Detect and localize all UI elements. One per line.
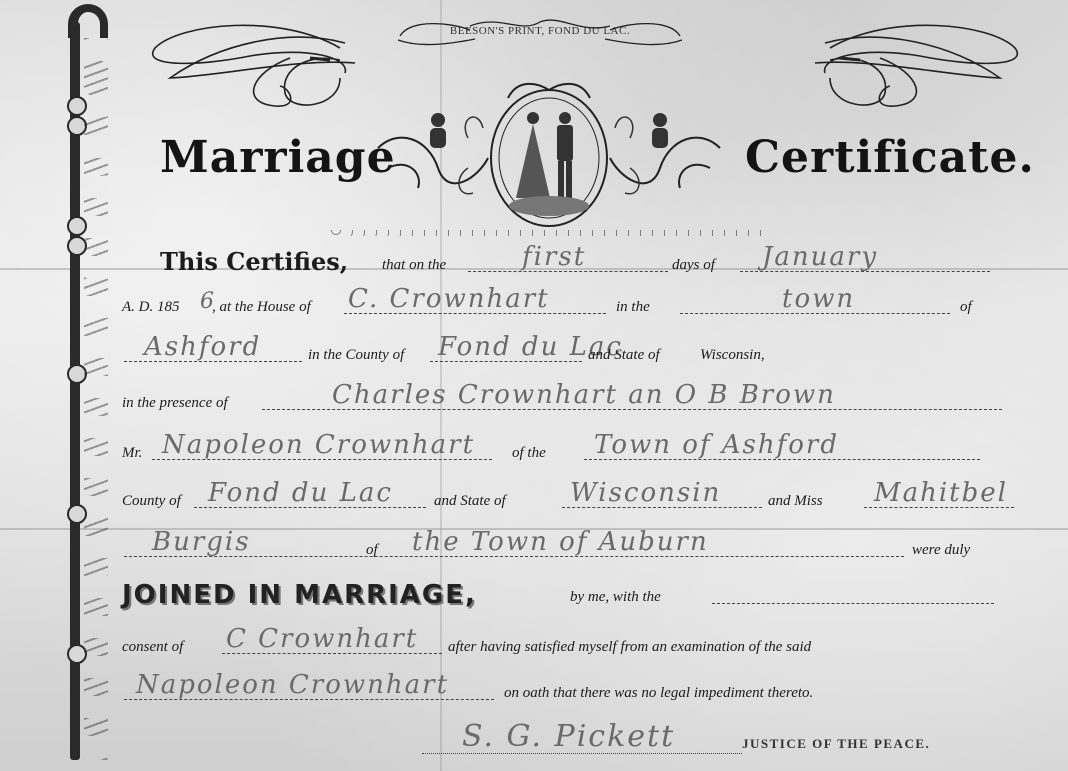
certificate-line-6: County of Fond du Lac and State of Wisco… <box>122 476 1018 516</box>
handwritten-day: first <box>522 242 586 272</box>
printed-text: in the County of <box>308 347 404 364</box>
handwritten-town-name: Ashford <box>144 332 261 362</box>
certificate-line-1: This Certifies, that on the first days o… <box>122 240 1018 280</box>
printed-text: in the presence of <box>122 395 228 412</box>
printed-text: consent of <box>122 639 183 656</box>
certificate-line-10: Napoleon Crownhart on oath that there wa… <box>122 668 1018 708</box>
marriage-certificate: BEESON'S PRINT, FOND DU LAC. Marriage Ce… <box>0 0 1068 771</box>
handwritten-groom-county: Fond du Lac <box>208 478 393 508</box>
certificate-line-3: Ashford in the County of Fond du Lac and… <box>122 330 1018 370</box>
printer-imprint: BEESON'S PRINT, FOND DU LAC. <box>390 14 690 48</box>
handwritten-witnesses: Charles Crownhart an O B Brown <box>332 380 836 410</box>
handwritten-consent-giver: C Crownhart <box>226 624 418 654</box>
handwritten-house-owner: C. Crownhart <box>348 284 550 314</box>
handwritten-officiant-signature: S. G. Pickett <box>462 719 675 754</box>
printed-text: of <box>366 542 378 559</box>
ornamental-border <box>66 4 112 764</box>
printed-text: of <box>960 299 972 316</box>
certificate-line-9: consent of C Crownhart after having sati… <box>122 622 1018 662</box>
handwritten-town: town <box>782 284 855 314</box>
printed-text: by me, with the <box>570 589 661 606</box>
certificate-line-2: A. D. 185 6 , at the House of C. Crownha… <box>122 282 1018 322</box>
certificate-line-5: Mr. Napoleon Crownhart of the Town of As… <box>122 428 1018 468</box>
printed-text: and State of <box>434 493 506 510</box>
printed-text: of the <box>512 445 546 462</box>
printed-text: that on the <box>382 257 446 274</box>
title-marriage: Marriage <box>160 132 396 183</box>
printed-text: on oath that there was no legal impedime… <box>504 685 813 702</box>
printed-text: and State of <box>588 347 660 364</box>
this-certifies-heading: This Certifies, <box>160 247 348 276</box>
acanthus-leaf-ornament-icon <box>84 38 108 760</box>
imprint-scroll-icon <box>390 14 690 48</box>
decorative-rule <box>330 230 770 236</box>
certificate-line-8: JOINED IN MARRIAGE, by me, with the <box>122 572 1018 612</box>
certificate-line-4: in the presence of Charles Crownhart an … <box>122 378 1018 418</box>
printed-text: after having satisfied myself from an ex… <box>448 639 811 656</box>
scroll-ornament-icon <box>68 4 108 38</box>
printed-text: days of <box>672 257 715 274</box>
handwritten-groom-name: Napoleon Crownhart <box>162 430 475 460</box>
handwritten-bride-first-name: Mahitbel <box>874 478 1008 508</box>
certificate-line-7: Burgis of the Town of Auburn were duly <box>122 525 1018 565</box>
printed-text: , at the House of <box>212 299 311 316</box>
printed-year-prefix: A. D. 185 <box>122 299 180 316</box>
handwritten-groom-state: Wisconsin <box>570 478 721 508</box>
bride-and-groom-vignette-icon <box>368 78 730 230</box>
justice-of-the-peace-label: JUSTICE OF THE PEACE. <box>742 736 930 752</box>
handwritten-month: January <box>762 242 878 272</box>
fill-in-blank <box>712 603 994 604</box>
title-certificate: Certificate. <box>745 132 1035 183</box>
handwritten-bride-surname: Burgis <box>152 527 251 557</box>
printed-text: in the <box>616 299 650 316</box>
handwritten-bride-town: the Town of Auburn <box>412 527 709 557</box>
left-flourish-icon <box>140 18 400 118</box>
printed-text: County of <box>122 493 181 510</box>
right-flourish-icon <box>770 18 1030 118</box>
printed-state: Wisconsin, <box>700 347 765 364</box>
handwritten-groom-name: Napoleon Crownhart <box>136 670 449 700</box>
printed-text: Mr. <box>122 445 142 462</box>
printed-text: and Miss <box>768 493 823 510</box>
printed-text: were duly <box>912 542 970 559</box>
signature-line: S. G. Pickett JUSTICE OF THE PEACE. <box>122 722 1018 762</box>
handwritten-groom-town: Town of Ashford <box>594 430 839 460</box>
joined-in-marriage-heading: JOINED IN MARRIAGE, <box>122 580 477 610</box>
